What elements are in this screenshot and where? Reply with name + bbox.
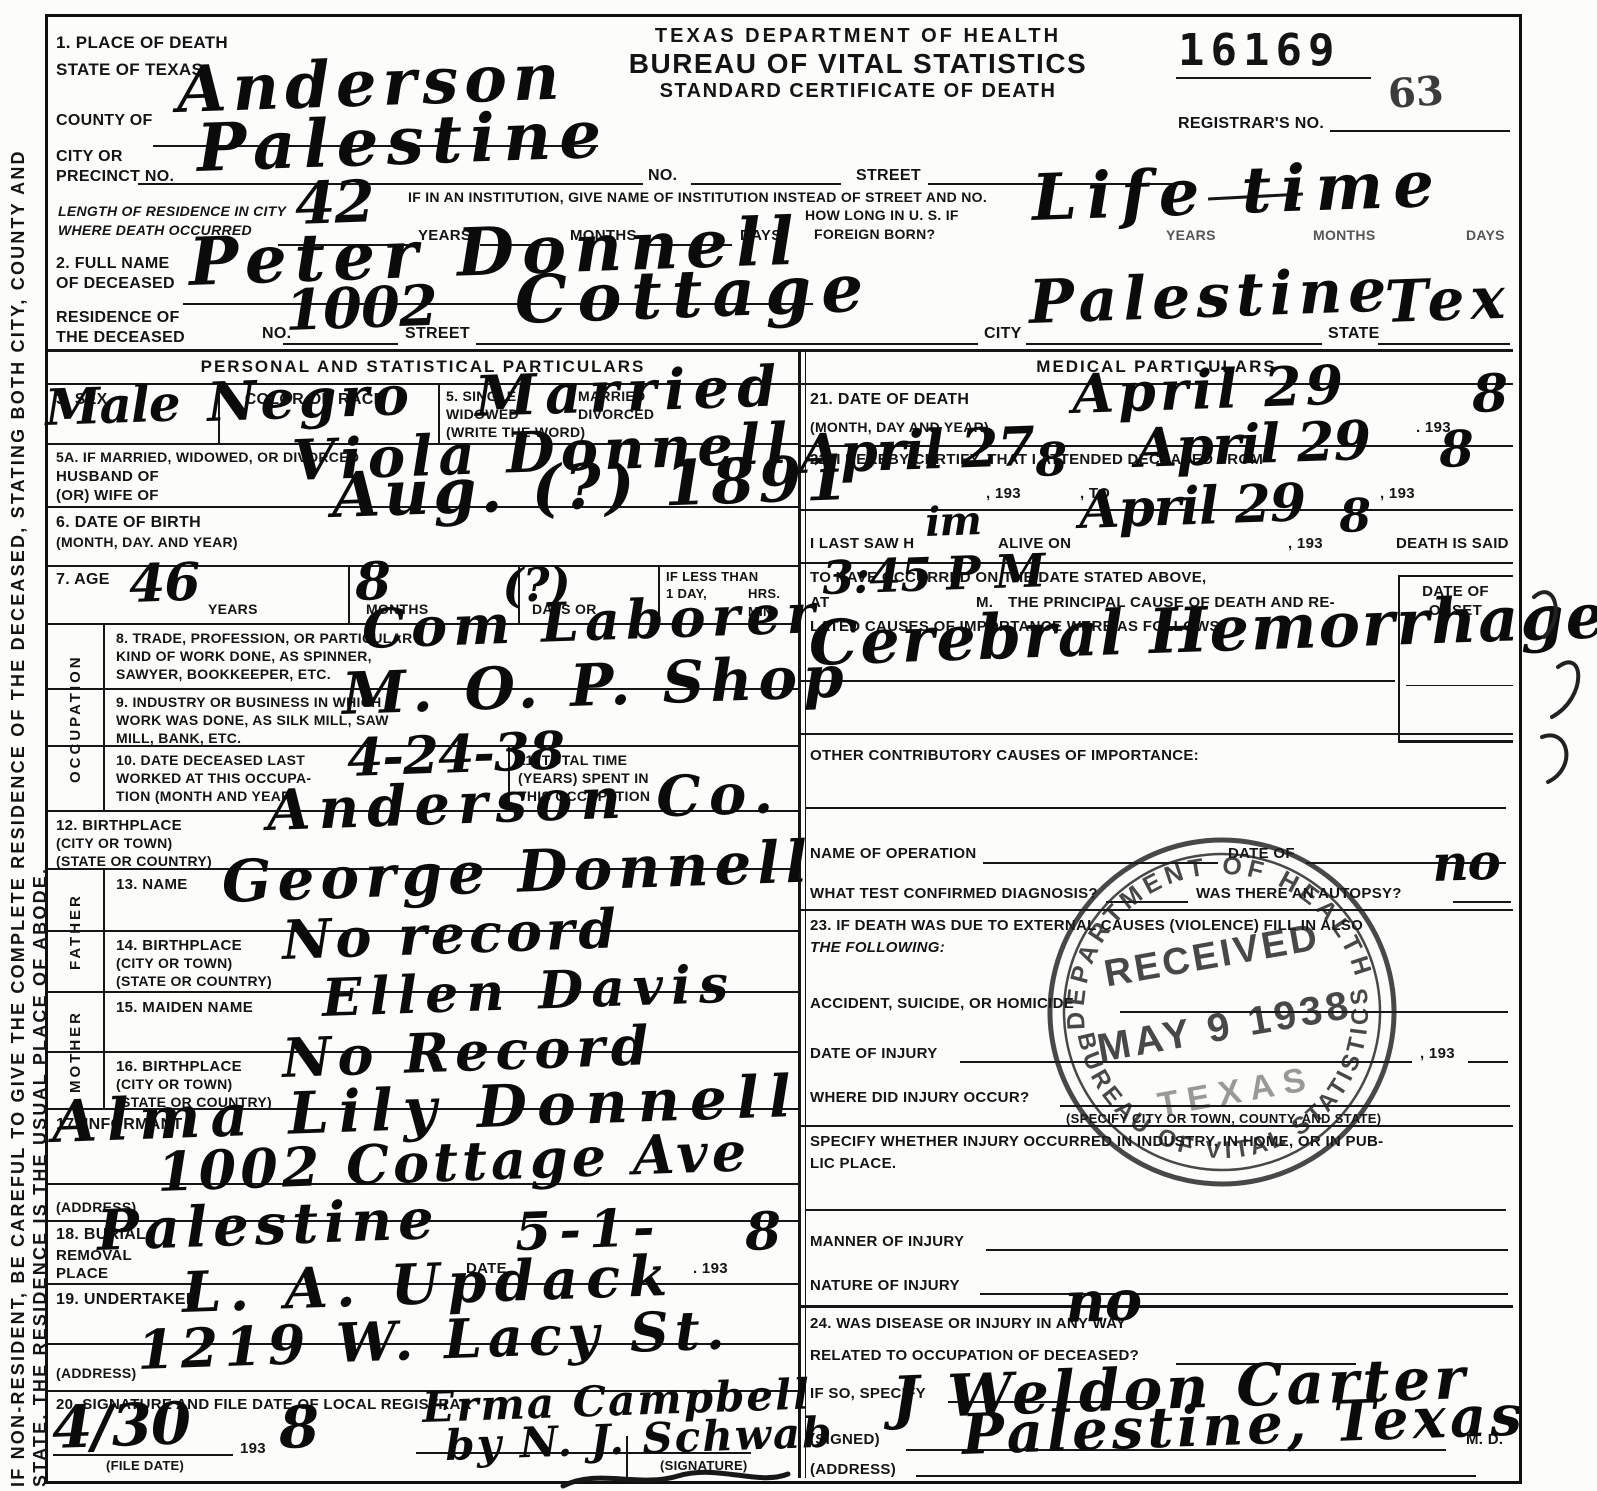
rule — [800, 1305, 1513, 1308]
length-residence-label-1: LENGTH OF RESIDENCE IN CITY — [58, 203, 286, 219]
father-bp-value: No record — [281, 901, 621, 967]
certificate-form: 1. PLACE OF DEATH STATE OF TEXAS COUNTY … — [45, 14, 1522, 1484]
last-saw-date-value: April 29 — [1078, 477, 1306, 537]
industry-value: M. O. P. Shop — [341, 647, 851, 723]
street-no-label: NO. — [648, 167, 677, 185]
city-value: Palestine — [196, 101, 610, 181]
last-saw-label-3: DEATH IS SAID — [1396, 535, 1509, 552]
rule — [800, 680, 1395, 682]
margin-scribble — [1522, 575, 1596, 790]
age-less-than-label: IF LESS THAN — [666, 569, 758, 584]
burial-place-value: Palestine — [96, 1191, 441, 1259]
rule — [800, 733, 1513, 735]
birthplace-label-3: (STATE OR COUNTRY) — [56, 853, 212, 869]
registrar-number-value: 63 — [1386, 67, 1445, 118]
age-years-label: YEARS — [208, 601, 258, 617]
form-title-block: TEXAS DEPARTMENT OF HEALTH BUREAU OF VIT… — [518, 25, 1198, 103]
spouse-label-3: (OR) WIFE OF — [56, 487, 159, 504]
manner-of-injury-label: MANNER OF INJURY — [810, 1233, 964, 1250]
full-name-label-2: OF DECEASED — [56, 275, 175, 293]
mother-name-value: Ellen Davis — [321, 959, 737, 1025]
father-bp-label-3: (STATE OR COUNTRY) — [116, 973, 272, 989]
certify-year1-label: , 193 — [986, 485, 1021, 502]
city-label-2: PRECINCT NO. — [56, 168, 174, 186]
undertaker-address-label: (ADDRESS) — [56, 1365, 136, 1381]
external-causes-label-2: THE FOLLOWING: — [810, 939, 945, 956]
date-of-death-label-1: 21. DATE OF DEATH — [810, 391, 969, 409]
race-value: Negro — [206, 368, 414, 429]
rule — [1176, 77, 1371, 79]
onset-box-bottom — [1398, 740, 1513, 743]
death-certificate-scan: IF NON-RESIDENT, BE CAREFUL TO GIVE THE … — [0, 0, 1597, 1491]
last-saw-year-value: 8 — [1338, 492, 1371, 539]
rule — [476, 343, 978, 345]
us-days-label: DAYS — [1466, 227, 1505, 243]
full-name-label-1: 2. FULL NAME — [56, 255, 170, 273]
rule — [48, 349, 1513, 352]
mother-name-label: 15. MAIDEN NAME — [116, 999, 253, 1016]
father-bp-label-1: 14. BIRTHPLACE — [116, 937, 242, 954]
onset-box-midline — [1406, 685, 1513, 686]
occurred-time-value: 3:45 P M — [821, 547, 1045, 601]
physician-address-label: (ADDRESS) — [810, 1461, 896, 1478]
q24-value: no — [1064, 1272, 1142, 1331]
rule — [1378, 343, 1510, 345]
burial-label-3: PLACE — [56, 1265, 108, 1282]
certify-from-value: April 27 — [798, 419, 1035, 481]
residence-city-label: CITY — [984, 325, 1022, 343]
registrar-file-date-label: (FILE DATE) — [106, 1458, 184, 1473]
date-of-death-year-value: 8 — [1471, 368, 1508, 421]
certificate-serial-number: 16169 — [1178, 25, 1340, 76]
trade-label-3: SAWYER, BOOKKEEPER, ETC. — [116, 666, 331, 682]
residence-city-value: Palestine — [1028, 260, 1393, 333]
undertaker-label: 19. UNDERTAKER — [56, 1291, 198, 1309]
city-label-1: CITY OR — [56, 148, 123, 166]
us-months-label: MONTHS — [1313, 227, 1375, 243]
certify-year2-value: 8 — [1438, 424, 1474, 475]
residence-state-label: STATE — [1328, 325, 1380, 343]
father-side-label: FATHER — [48, 870, 103, 993]
column-divider — [798, 349, 801, 1478]
burial-year-label: . 193 — [693, 1260, 728, 1277]
industry-label-3: MILL, BANK, ETC. — [116, 730, 241, 746]
institution-note: IF IN AN INSTITUTION, GIVE NAME OF INSTI… — [408, 189, 987, 205]
rule — [916, 1475, 1476, 1477]
registrar-year-value: 8 — [278, 1398, 319, 1457]
onset-box-top — [1398, 575, 1513, 577]
registrar-file-date-value: 4/30 — [51, 1394, 191, 1457]
burial-year-value: 8 — [744, 1206, 781, 1259]
title-certificate: STANDARD CERTIFICATE OF DEATH — [518, 80, 1198, 103]
street-label: STREET — [856, 167, 921, 185]
sex-value: Male — [44, 378, 180, 433]
residence-label-2: THE DECEASED — [56, 329, 185, 347]
place-of-death-heading: 1. PLACE OF DEATH — [56, 33, 228, 53]
injury-date-label: DATE OF INJURY — [810, 1045, 938, 1062]
title-dept: TEXAS DEPARTMENT OF HEALTH — [518, 25, 1198, 48]
us-length-value: Life time — [1031, 153, 1445, 231]
residence-label-1: RESIDENCE OF — [56, 309, 180, 327]
us-length-label-2: FOREIGN BORN? — [814, 226, 935, 242]
physician-address-value: Palestine, Texas — [961, 1387, 1526, 1463]
registrar-number-label: REGISTRAR'S NO. — [1178, 115, 1324, 133]
injury-where-label: WHERE DID INJURY OCCUR? — [810, 1089, 1029, 1106]
rule — [691, 183, 841, 185]
residence-state-value: Tex — [1384, 269, 1512, 331]
spouse-label-2: HUSBAND OF — [56, 468, 159, 485]
father-bp-label-2: (CITY OR TOWN) — [116, 955, 232, 971]
stamp-state-text: TEXAS — [1155, 1059, 1318, 1124]
age-years-value: 46 — [128, 557, 200, 611]
birthplace-value: Anderson Co. — [266, 765, 782, 839]
age-label: 7. AGE — [56, 571, 110, 589]
residence-street-value: Cottage — [514, 255, 875, 333]
rule — [1453, 901, 1511, 903]
last-saw-year-label: , 193 — [1288, 535, 1323, 552]
margin-note-line1: IF NON-RESIDENT, BE CAREFUL TO GIVE THE … — [8, 149, 29, 1487]
birthplace-label-2: (CITY OR TOWN) — [56, 835, 172, 851]
rule — [1026, 343, 1322, 345]
birthplace-label-1: 12. BIRTHPLACE — [56, 817, 182, 834]
rule — [806, 807, 1506, 809]
injury-specify-label-2: LIC PLACE. — [810, 1155, 896, 1172]
cutoff-scribble — [558, 1468, 793, 1491]
certify-year1-value: 8 — [1034, 436, 1067, 483]
autopsy-value: no — [1431, 837, 1500, 889]
registrar-year-label: 193 — [240, 1440, 266, 1457]
certify-to-value: April 29 — [1134, 413, 1371, 475]
dob-label-2: (MONTH, DAY. AND YEAR) — [56, 534, 238, 550]
last-worked-label-1: 10. DATE DECEASED LAST — [116, 752, 305, 768]
mother-bp-label-1: 16. BIRTHPLACE — [116, 1058, 242, 1075]
stamp-received-text: RECEIVED — [1101, 916, 1323, 995]
certify-year2-label: , 193 — [1380, 485, 1415, 502]
last-saw-him-handwritten: im — [925, 501, 982, 543]
cell-divider — [348, 567, 350, 623]
title-bureau: BUREAU OF VITAL STATISTICS — [518, 48, 1198, 80]
operation-label: NAME OF OPERATION — [810, 845, 977, 862]
rule — [1330, 130, 1510, 132]
us-length-label-1: HOW LONG IN U. S. IF — [805, 207, 959, 223]
county-label: COUNTY OF — [56, 112, 153, 130]
rule — [1468, 1061, 1508, 1063]
column-divider-inner — [805, 349, 806, 1478]
nature-of-injury-label: NATURE OF INJURY — [810, 1277, 960, 1294]
residence-no-value: 1002 — [284, 278, 438, 339]
rule — [980, 1293, 1508, 1295]
stamp-date-text: MAY 9 1938 — [1094, 983, 1356, 1071]
contributory-label: OTHER CONTRIBUTORY CAUSES OF IMPORTANCE: — [810, 747, 1199, 764]
trade-label-2: KIND OF WORK DONE, AS SPINNER, — [116, 648, 372, 664]
rule — [986, 1249, 1508, 1251]
dob-value: Aug. (?) 1891 — [331, 447, 854, 527]
father-name-label: 13. NAME — [116, 876, 188, 893]
dob-label-1: 6. DATE OF BIRTH — [56, 514, 201, 532]
occupation-side-label: OCCUPATION — [48, 625, 103, 812]
received-stamp: DEPARTMENT OF HEALTH BUREAU OF VITAL STA… — [1012, 812, 1432, 1212]
